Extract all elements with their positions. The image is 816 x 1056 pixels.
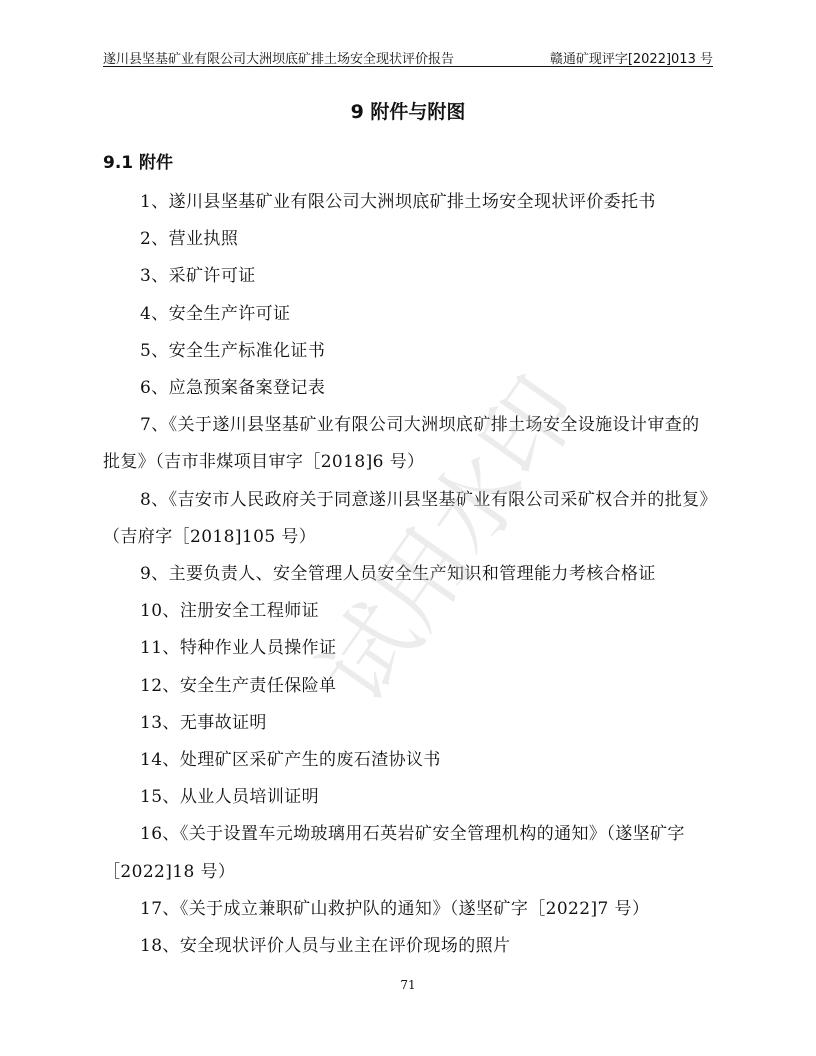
list-item: 12、安全生产责任保险单 <box>103 668 715 705</box>
page-number: 71 <box>0 978 816 992</box>
list-item: 18、安全现状评价人员与业主在评价现场的照片 <box>103 928 715 965</box>
list-item: 11、特种作业人员操作证 <box>103 630 715 667</box>
section-heading: 9.1 附件 <box>103 148 173 173</box>
list-item: 16、《关于设置车元坳玻璃用石英岩矿安全管理机构的通知》（遂坚矿字［2022]1… <box>103 816 715 890</box>
list-item: 8、《吉安市人民政府关于同意遂川县坚基矿业有限公司采矿权合并的批复》（吉府字［2… <box>103 482 715 556</box>
list-item: 9、主要负责人、安全管理人员安全生产知识和管理能力考核合格证 <box>103 556 715 593</box>
list-item: 17、《关于成立兼职矿山救护队的通知》（遂坚矿字［2022]7 号） <box>103 891 715 928</box>
attachment-list: 1、遂川县坚基矿业有限公司大洲坝底矿排土场安全现状评价委托书 2、营业执照 3、… <box>103 184 715 965</box>
header-report-title: 遂川县坚基矿业有限公司大洲坝底矿排土场安全现状评价报告 <box>103 48 454 67</box>
list-item: 14、处理矿区采矿产生的废石渣协议书 <box>103 742 715 779</box>
list-item: 13、无事故证明 <box>103 705 715 742</box>
list-item: 6、应急预案备案登记表 <box>103 370 715 407</box>
list-item: 5、安全生产标准化证书 <box>103 333 715 370</box>
list-item: 1、遂川县坚基矿业有限公司大洲坝底矿排土场安全现状评价委托书 <box>103 184 715 221</box>
list-item: 2、营业执照 <box>103 221 715 258</box>
list-item: 7、《关于遂川县坚基矿业有限公司大洲坝底矿排土场安全设施设计审查的批复》（吉市非… <box>103 407 715 481</box>
list-item: 3、采矿许可证 <box>103 258 715 295</box>
list-item: 4、安全生产许可证 <box>103 296 715 333</box>
list-item: 10、注册安全工程师证 <box>103 593 715 630</box>
chapter-title: 9 附件与附图 <box>0 97 816 124</box>
list-item: 15、从业人员培训证明 <box>103 779 715 816</box>
header-document-number: 赣通矿现评字[2022]013 号 <box>550 48 713 67</box>
page-header: 遂川县坚基矿业有限公司大洲坝底矿排土场安全现状评价报告 赣通矿现评字[2022]… <box>103 46 713 67</box>
